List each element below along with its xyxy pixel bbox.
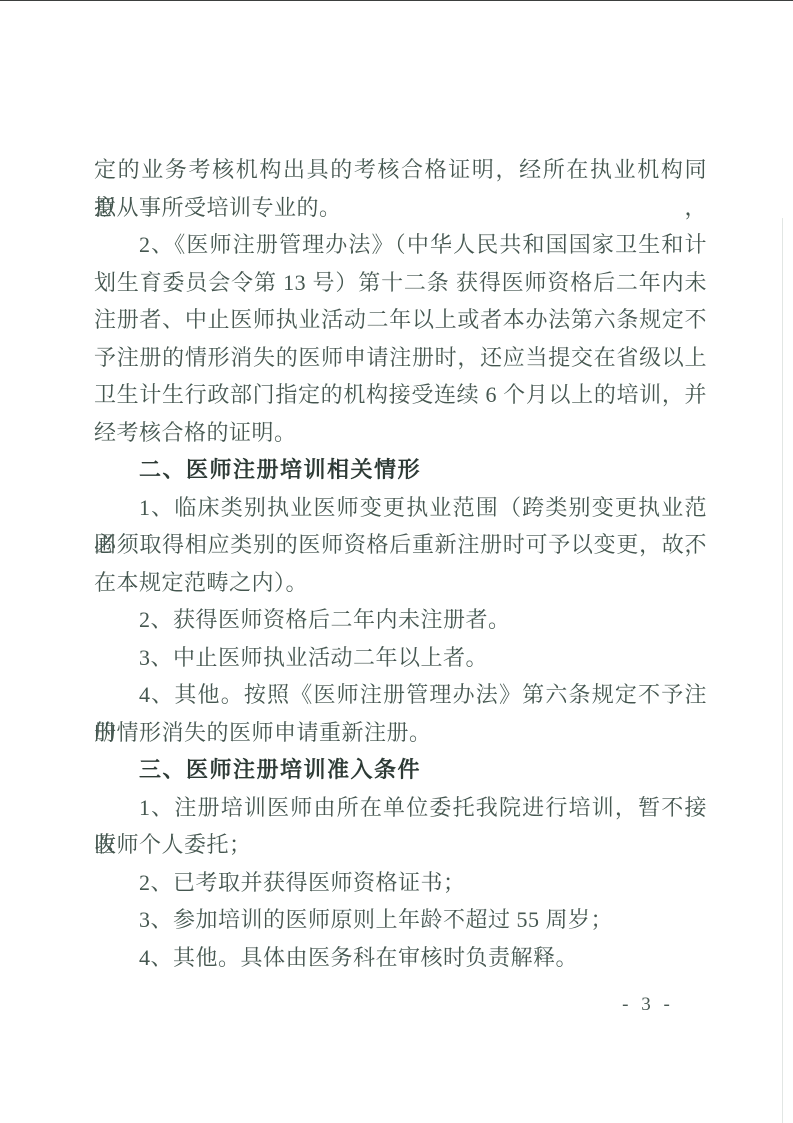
doc-line: 划生育委员会令第 13 号）第十二条 获得医师资格后二年内未 <box>94 264 707 302</box>
doc-line: 1、注册培训医师由所在单位委托我院进行培训，暂不接收 <box>94 789 707 827</box>
page-number: - 3 - <box>605 994 691 1016</box>
doc-line: 注册者、中止医师执业活动二年以上或者本办法第六条规定不 <box>94 301 707 339</box>
scan-edge-top-line <box>0 0 793 1</box>
doc-line: 医师个人委托； <box>94 826 707 864</box>
doc-line: 2、《医师注册管理办法》（中华人民共和国国家卫生和计 <box>94 226 707 264</box>
doc-line: 2、获得医师资格后二年内未注册者。 <box>94 601 707 639</box>
scan-edge-right-line <box>782 218 783 1123</box>
doc-line: 在本规定范畴之内）。 <box>94 564 707 602</box>
doc-line: 卫生计生行政部门指定的机构接受连续 6 个月以上的培训，并 <box>94 376 707 414</box>
doc-line: 予注册的情形消失的医师申请注册时，还应当提交在省级以上 <box>94 339 707 377</box>
doc-line: 4、其他。具体由医务科在审核时负责解释。 <box>94 939 707 977</box>
doc-line: 的情形消失的医师申请重新注册。 <box>94 714 707 752</box>
doc-line: 2、已考取并获得医师资格证书； <box>94 864 707 902</box>
document-body: 定的业务考核机构出具的考核合格证明，经所在执业机构同意， 拟从事所受培训专业的。… <box>94 151 707 976</box>
doc-line: 3、参加培训的医师原则上年龄不超过 55 周岁； <box>94 901 707 939</box>
doc-line: 3、中止医师执业活动二年以上者。 <box>94 639 707 677</box>
section-heading-3: 三、医师注册培训准入条件 <box>94 751 707 789</box>
section-heading-2: 二、医师注册培训相关情形 <box>94 451 707 489</box>
doc-line: 4、其他。按照《医师注册管理办法》第六条规定不予注册 <box>94 676 707 714</box>
doc-line: 定的业务考核机构出具的考核合格证明，经所在执业机构同意， <box>94 151 707 189</box>
doc-line: 必须取得相应类别的医师资格后重新注册时可予以变更，故不 <box>94 526 707 564</box>
doc-line: 1、临床类别执业医师变更执业范围（跨类别变更执业范围， <box>94 489 707 527</box>
document-page: 定的业务考核机构出具的考核合格证明，经所在执业机构同意， 拟从事所受培训专业的。… <box>0 0 793 1123</box>
doc-line: 经考核合格的证明。 <box>94 414 707 452</box>
